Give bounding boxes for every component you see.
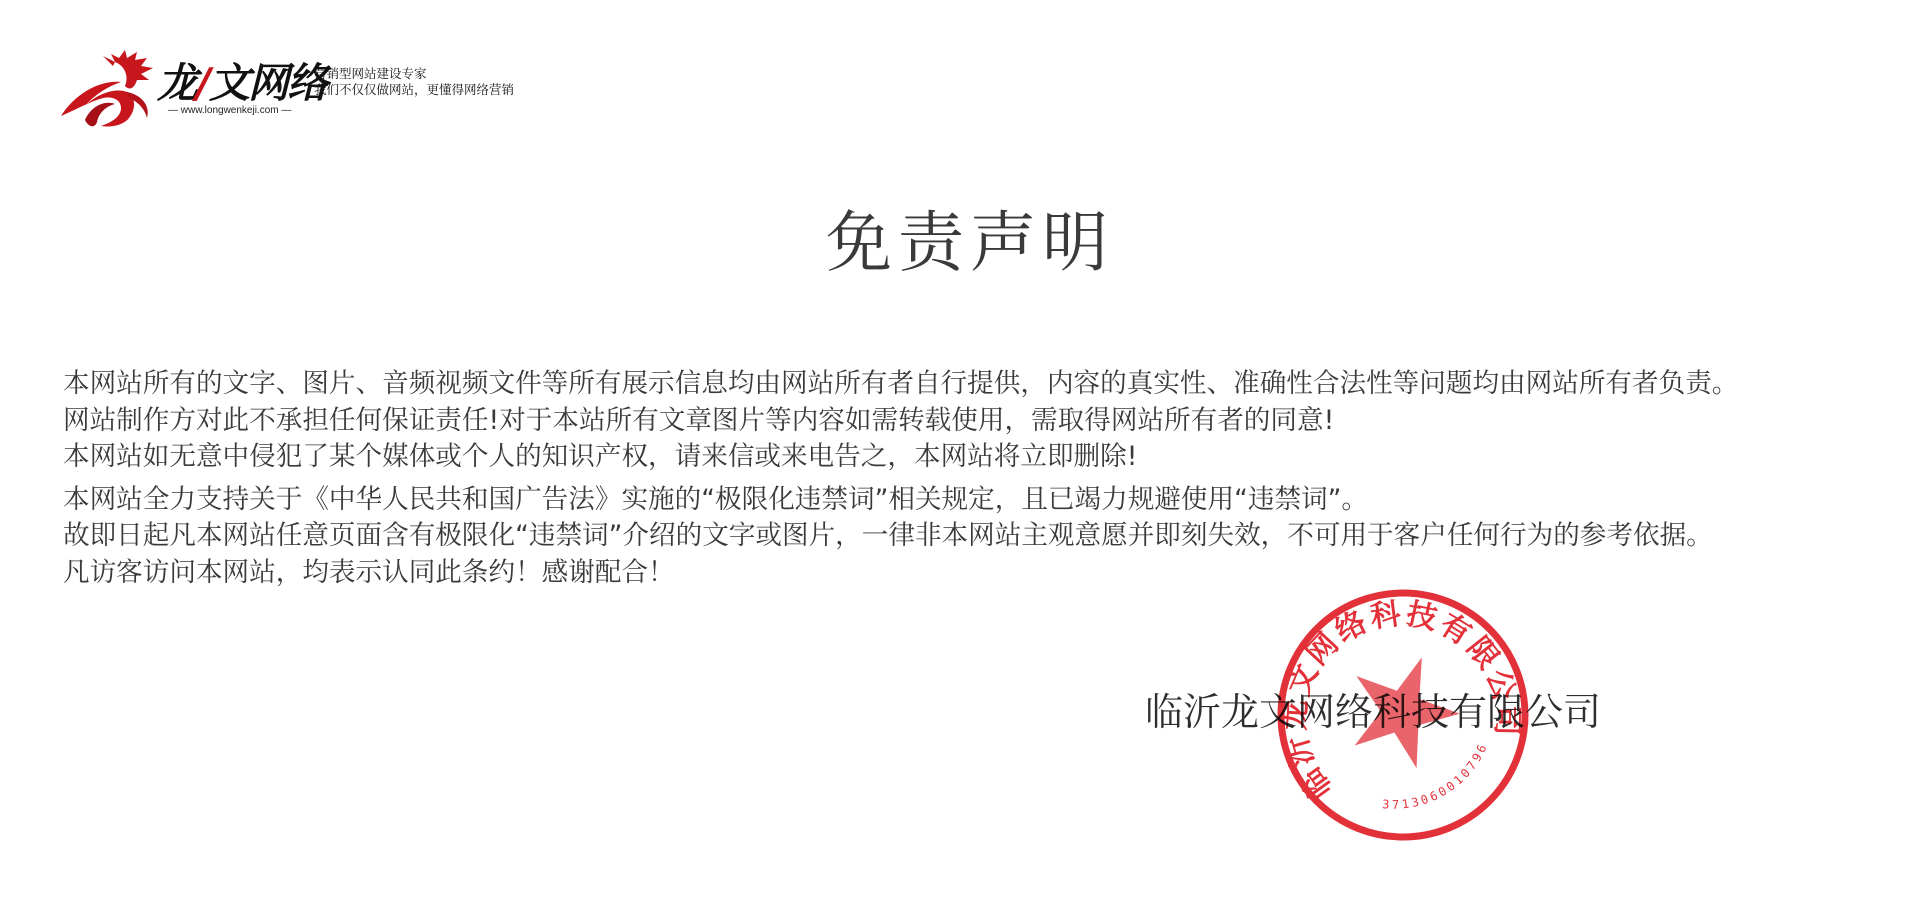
company-seal-stamp: 临沂龙文网络科技有限公司 3713060010796 [1272, 584, 1534, 846]
tagline-line-1: 营销型网站建设专家 [314, 66, 514, 82]
disclaimer-line: 本网站全力支持关于《中华人民共和国广告法》实施的“极限化违禁词”相关规定，且已竭… [63, 482, 1863, 519]
site-logo[interactable]: 龙/文网络 — www.longwenkeji.com — 营销型网站建设专家 … [55, 46, 545, 132]
brand-url: — www.longwenkeji.com — [168, 105, 291, 117]
disclaimer-line: 网站制作方对此不承担任何保证责任!对于本站所有文章图片等内容如需转载使用，需取得… [63, 403, 1863, 440]
disclaimer-line: 凡访客访问本网站，均表示认同此条约！感谢配合！ [63, 555, 1863, 592]
stamp-number: 3713060010796 [1382, 740, 1491, 812]
disclaimer-line: 本网站所有的文字、图片、音频视频文件等所有展示信息均由网站所有者自行提供，内容的… [63, 366, 1863, 403]
brand-tagline: 营销型网站建设专家 我们不仅仅做网站，更懂得网络营销 [314, 66, 514, 98]
brand-name: 龙/文网络 [157, 60, 326, 106]
disclaimer-body: 本网站所有的文字、图片、音频视频文件等所有展示信息均由网站所有者自行提供，内容的… [63, 366, 1863, 591]
svg-text:3713060010796: 3713060010796 [1382, 740, 1491, 812]
disclaimer-line: 本网站如无意中侵犯了某个媒体或个人的知识产权，请来信或来电告之，本网站将立即删除… [63, 439, 1863, 476]
page-title: 免责声明 [0, 205, 1920, 281]
disclaimer-line: 故即日起凡本网站任意页面含有极限化“违禁词”介绍的文字或图片，一律非本网站主观意… [63, 518, 1863, 555]
star-icon [1334, 639, 1474, 776]
tagline-line-2: 我们不仅仅做网站，更懂得网络营销 [314, 82, 514, 98]
dragon-logo-icon [55, 46, 159, 130]
